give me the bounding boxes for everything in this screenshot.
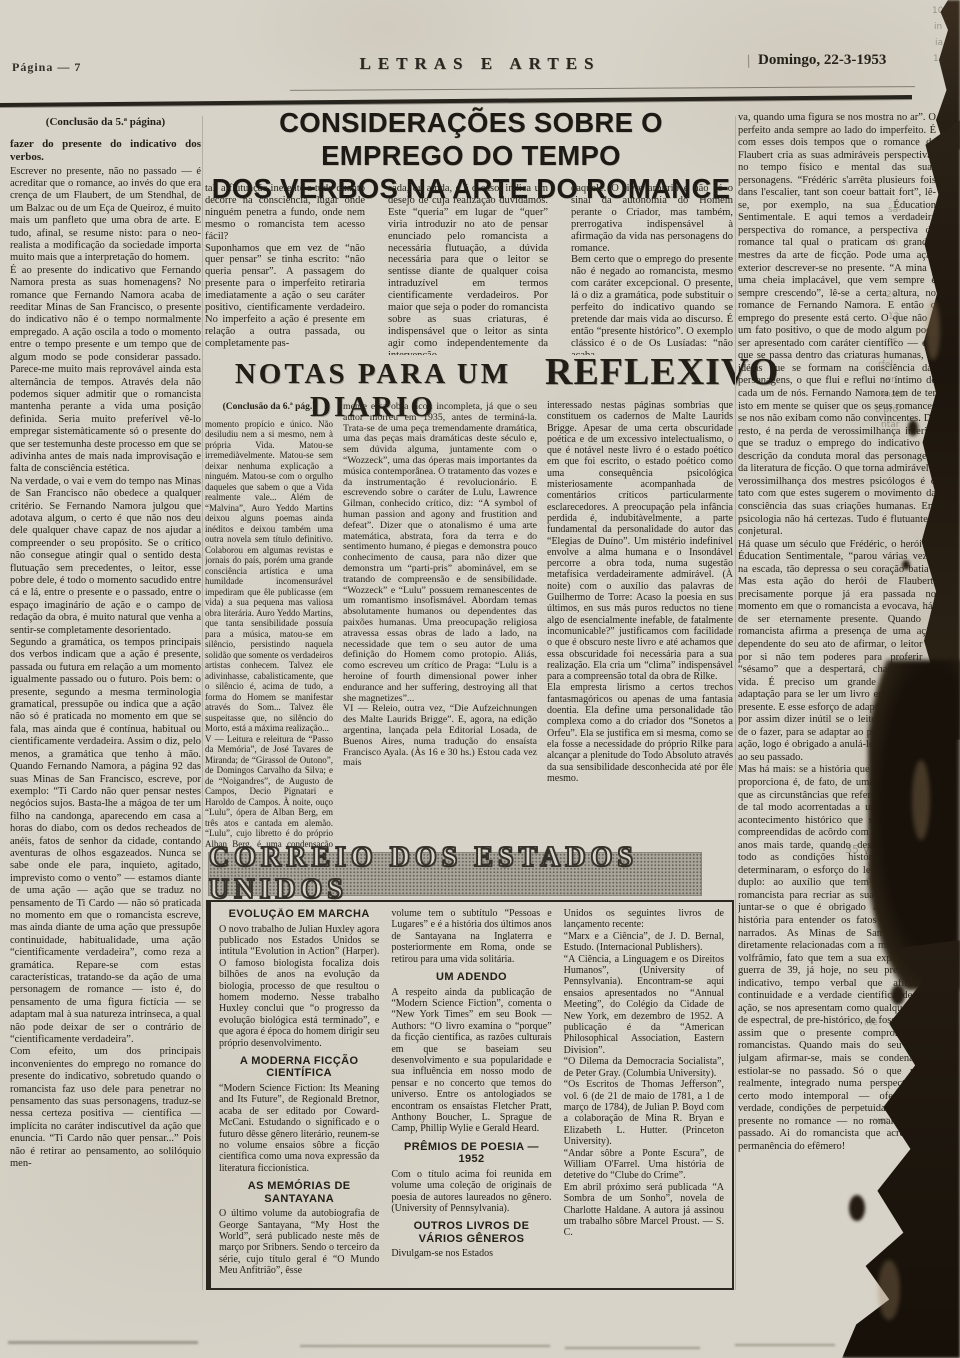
left-continuation-column: (Conclusão da 5.ª página) fazer do prese… (10, 116, 201, 1292)
marginalia-fragment: lhe (864, 1018, 878, 1028)
marginalia-fragment: del- (866, 876, 883, 886)
pen-mark-slash: / (743, 52, 753, 71)
marginalia-fragment: 10 (932, 6, 943, 16)
main-article-col1: tal, a flutuação inerente a tudo quanto … (205, 183, 365, 355)
marginalia-fragment: ntar (881, 420, 899, 430)
section-body-premios: Com o título acima foi reunida em volume… (391, 1169, 551, 1215)
section-heading-santayana: AS MEMÓRIAS DE SANTAYANA (219, 1180, 379, 1205)
marginalia-fragment: ver (874, 1116, 889, 1126)
section-body-adendo: A respeito ainda da publicação de “Moder… (391, 987, 551, 1135)
marginalia-fragment: th (889, 238, 898, 248)
section-body-outros-livros: Divulgam-se nos Estados (391, 1248, 551, 1259)
marginalia-fragment: uinto (868, 860, 891, 870)
masthead-title: LETRAS E ARTES (280, 54, 680, 74)
correio-banner-label: CORREIO DOS ESTADOS UNIDOS (209, 842, 701, 906)
column-rule-right (735, 116, 736, 1290)
column-rule-left (202, 116, 203, 1290)
scuff-mark (300, 1345, 550, 1347)
page-number-label: Página — 7 (12, 60, 162, 75)
section-heading-outros-livros: OUTROS LIVROS DE VÁRIOS GÊNEROS (391, 1220, 551, 1245)
scuff-mark (8, 1341, 198, 1344)
section-heading-premios: PRÊMIOS DE POESIA — 1952 (391, 1141, 551, 1166)
masthead-rule (290, 86, 915, 91)
notas-continuation-note: (Conclusão da 6.ª pág.) (205, 402, 333, 413)
correio-col2: volume tem o subtítulo “Pessoas e Lugare… (391, 908, 551, 1282)
marginalia-fragment: nen- (880, 375, 900, 385)
marginalia-fragment: ia (935, 38, 943, 48)
correio-box: EVOLUÇÃO EM MARCHA O novo trabalho de Ju… (206, 900, 734, 1290)
left-article-lead: fazer do presente do indicativo dos verb… (10, 138, 201, 163)
section-heading-evolucao: EVOLUÇÃO EM MARCHA (219, 908, 379, 921)
correio-col3-book-list: Unidos os seguintes livros de lançamento… (564, 908, 724, 1282)
section-heading-adendo: UM ADENDO (391, 971, 551, 984)
main-article-right-column: va, quando uma figura se nos mostra no a… (738, 112, 936, 1304)
section-heading-ficcao: A MODERNA FICÇÃO CIENTÍFICA (219, 1055, 379, 1080)
left-article-body: Escrever no presente, não no passado — é… (10, 166, 201, 1171)
santayana-continuation: volume tem o subtítulo “Pessoas e Lugare… (391, 908, 551, 965)
main-headline-line1: CONSIDERAÇÕES SOBRE O EMPREGO DO TEMPO (205, 106, 737, 172)
reflexivo-body: interessado nestas páginas sombrias que … (547, 400, 733, 850)
marginalia-fragment: is (890, 336, 897, 346)
section-body-santayana: O último volume da autobiografia de Geor… (219, 1208, 379, 1276)
marginalia-fragment: 1- (933, 54, 942, 64)
pencil-note: 35 V (845, 843, 870, 856)
marginalia-fragment: o pró- (875, 405, 902, 415)
scuff-mark (565, 1347, 700, 1349)
correio-col1: EVOLUÇÃO EM MARCHA O novo trabalho de Ju… (219, 908, 379, 1282)
continuation-note: (Conclusão da 5.ª página) (10, 116, 201, 128)
section-body-evolucao: O novo trabalho de Julian Huxley agora p… (219, 924, 379, 1049)
notas-col1-body: momento propício e único. Não desiludiu … (205, 419, 333, 851)
marginalia-fragment: 13 (888, 312, 899, 322)
main-article-col2: sada, ou ainda, e é o caso, indica um de… (388, 183, 548, 355)
marginalia-fragment: mais (882, 390, 903, 400)
main-article-col3: daquele. O livre arbítrio é não só o sin… (571, 183, 733, 355)
marginalia-fragment: rfel- (878, 360, 896, 370)
marginalia-fragment: 20 (886, 290, 897, 300)
date-label: Domingo, 22-3-1953 (758, 52, 953, 69)
marginalia-fragment: in (934, 22, 942, 32)
section-body-ficcao: “Modern Science Fiction: Its Meaning and… (219, 1083, 379, 1174)
notas-col2-body: mente essa obra ficou incompleta, já que… (343, 402, 537, 850)
scuff-mark (735, 1344, 835, 1346)
notas-col1: (Conclusão da 6.ª pág.) momento propício… (205, 402, 333, 850)
marginalia-fragment: sa- (888, 205, 901, 215)
reflexivo-title: REFLEXIVO (545, 350, 735, 394)
newspaper-page: { "header": { "page_label": "Página — 7"… (0, 0, 960, 1358)
correio-banner: CORREIO DOS ESTADOS UNIDOS (208, 852, 702, 896)
